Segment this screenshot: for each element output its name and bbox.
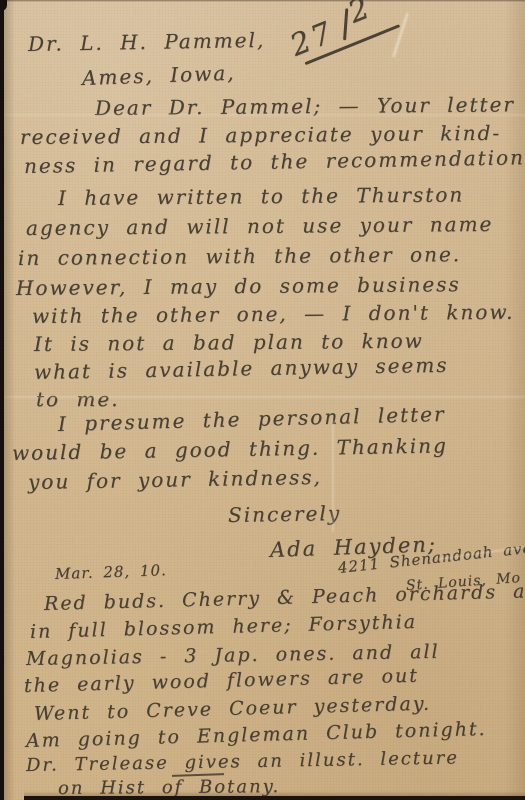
body-line-4: agency and will not use your name bbox=[26, 214, 494, 238]
letter-scan-page: 272 Dr. L. H. Pammel, Ames, Iowa, Dear D… bbox=[0, 0, 525, 800]
body-line-5: in connection with the other one. bbox=[18, 244, 461, 268]
postscript-line-4: the early wood flowers are out bbox=[24, 667, 419, 696]
body-line-6: However, I may do some business bbox=[16, 274, 461, 298]
postscript-line-1: Red buds. Cherry & Peach orchards are bbox=[44, 582, 525, 614]
scan-edge-bottom-shadow bbox=[24, 791, 525, 796]
body-line-1: received and I appreciate your kind- bbox=[20, 123, 501, 147]
postscript-line-7: Dr. Trelease gives an illust. lecture bbox=[26, 749, 459, 775]
archival-number-right-digit: 2 bbox=[343, 0, 377, 31]
postscript-line-6: Am going to Engleman Club tonight. bbox=[26, 720, 487, 751]
archival-number-left-digits: 27 bbox=[285, 15, 339, 64]
body-line-7: with the other one, — I don't know. bbox=[32, 302, 515, 326]
date-line: Mar. 28, 10. bbox=[55, 563, 167, 582]
scan-edge-left-shadow bbox=[4, 0, 15, 800]
closing-line: Sincerely bbox=[228, 503, 341, 525]
body-line-12: would be a good thing. Thanking bbox=[12, 435, 448, 463]
fold-crease-top-right bbox=[392, 13, 409, 58]
scan-edge-bottom bbox=[24, 796, 525, 800]
archival-slash-stroke bbox=[343, 8, 348, 40]
body-line-3: I have written to the Thurston bbox=[58, 184, 464, 208]
scan-edge-top bbox=[0, 0, 525, 2]
body-line-2: ness in regard to the recommendation. bbox=[24, 147, 525, 176]
body-line-9: what is available anyway seems bbox=[34, 355, 449, 382]
archival-number: 272 bbox=[285, 0, 380, 64]
postscript-line-2: in full blossom here; Forsythia bbox=[30, 613, 418, 642]
body-line-13: you for your kindness, bbox=[28, 467, 322, 492]
body-line-8: It is not a bad plan to know bbox=[34, 331, 424, 354]
salutation-line: Dear Dr. Pammel; — Your letter was bbox=[95, 94, 525, 118]
recipient-city-line: Ames, Iowa, bbox=[82, 63, 236, 88]
postscript-line-5: Went to Creve Coeur yesterday. bbox=[34, 695, 432, 724]
recipient-name-line: Dr. L. H. Pammel, bbox=[28, 30, 266, 54]
body-line-10: to me. bbox=[36, 389, 120, 409]
